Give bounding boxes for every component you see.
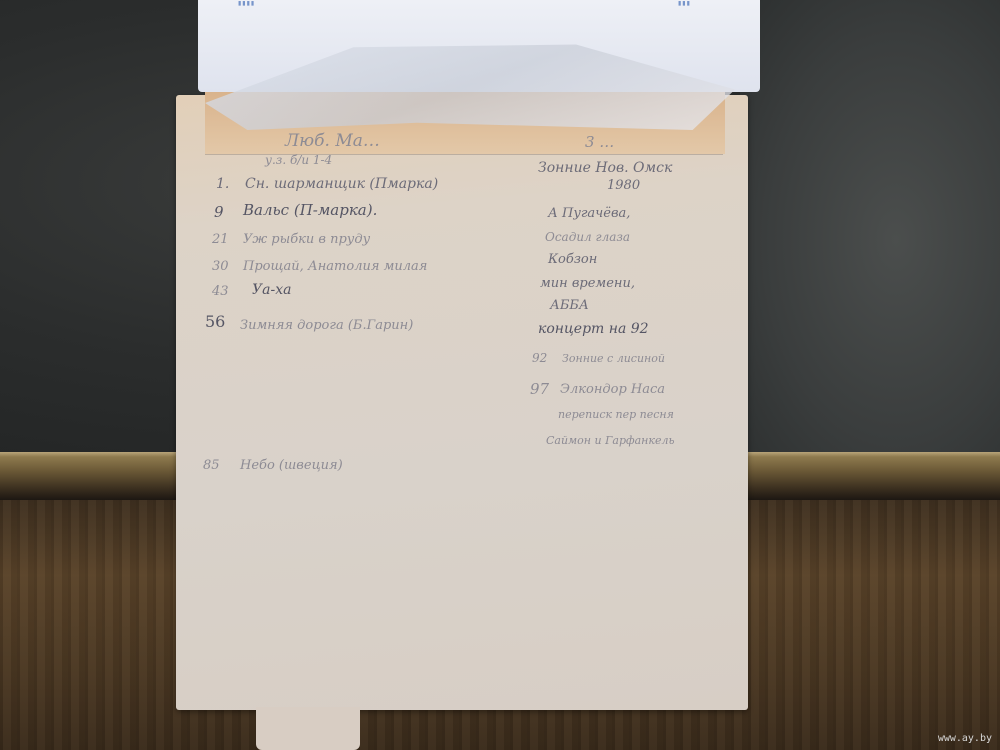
right-line: мин времени, bbox=[540, 276, 635, 291]
card-header-left: Люб. Ма… bbox=[285, 131, 380, 151]
right-line: концерт на 92 bbox=[538, 321, 649, 337]
right-num: 92 bbox=[532, 351, 547, 365]
felt-surface-right bbox=[740, 0, 1000, 480]
right-line: А Пугачёва, bbox=[548, 206, 630, 221]
photo-scene: ▮▮▮▮ ▮▮▮ Люб. Ма… у.з. б/и 1-4 3 … 1. Сн… bbox=[0, 0, 1000, 750]
box-printed-text: ▮▮▮ bbox=[678, 0, 691, 18]
track-title: Вальс (П-марка). bbox=[243, 201, 377, 219]
track-title: Небо (швеция) bbox=[240, 458, 343, 473]
watermark: www.ay.by bbox=[938, 733, 992, 744]
right-num: 97 bbox=[530, 380, 549, 398]
right-line: 1980 bbox=[607, 178, 640, 193]
track-title: Прощай, Анатолия милая bbox=[243, 259, 427, 274]
card-tab bbox=[256, 707, 360, 750]
track-title: Уж рыбки в пруду bbox=[243, 232, 370, 247]
track-num: 21 bbox=[212, 232, 229, 247]
right-line: АББА bbox=[550, 298, 589, 313]
right-line: Осадил глаза bbox=[545, 230, 630, 244]
right-line: Элкондор Наса bbox=[560, 382, 665, 397]
card-header-sub: у.з. б/и 1-4 bbox=[265, 153, 332, 167]
track-num: 56 bbox=[205, 312, 225, 331]
right-line: Зонние Нов. Омск bbox=[538, 160, 672, 176]
right-line: Кобзон bbox=[548, 252, 597, 267]
box-printed-text: ▮▮▮▮ bbox=[238, 0, 255, 18]
card-header-right: 3 … bbox=[585, 133, 614, 151]
track-title: Сн. шарманщик (Пмарка) bbox=[245, 176, 438, 192]
track-num: 9 bbox=[214, 203, 224, 221]
track-title: Зимняя дорога (Б.Гарин) bbox=[240, 318, 413, 333]
track-num: 30 bbox=[212, 259, 229, 274]
track-title: Уа-ха bbox=[252, 282, 291, 298]
right-line: Зонние с лисиной bbox=[562, 352, 665, 365]
right-line: переписк пер песня bbox=[558, 408, 674, 421]
track-num: 1. bbox=[216, 176, 229, 192]
track-num: 43 bbox=[212, 284, 229, 299]
right-line: Саймон и Гарфанкель bbox=[546, 434, 675, 447]
track-num: 85 bbox=[203, 458, 220, 473]
